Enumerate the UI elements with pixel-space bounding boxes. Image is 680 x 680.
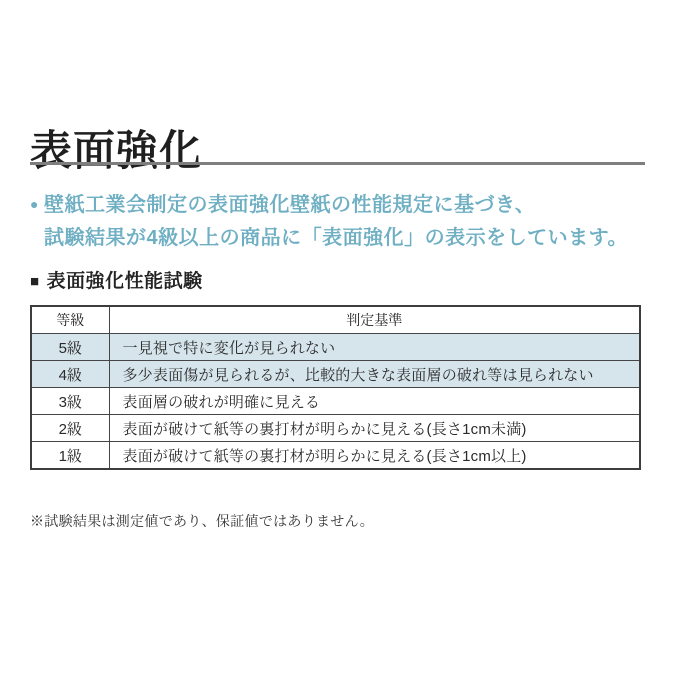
table-header-row: 等級 判定基準 — [31, 306, 640, 334]
page-title: 表面強化 — [30, 128, 202, 174]
section-heading: ■表面強化性能試験 — [30, 266, 203, 293]
table-row: 1級 表面が破けて紙等の裏打材が明らかに見える(長さ1cm以上) — [31, 442, 640, 470]
square-bullet-icon: ■ — [30, 273, 40, 290]
performance-test-table: 等級 判定基準 5級 一見視で特に変化が見られない 4級 多少表面傷が見られるが… — [30, 305, 641, 470]
section-heading-text: 表面強化性能試験 — [47, 271, 203, 292]
intro-line-1: ●壁紙工業会制定の表面強化壁紙の性能規定に基づき、 — [30, 188, 628, 222]
grade-cell: 3級 — [31, 388, 109, 415]
criteria-cell: 表面層の破れが明確に見える — [109, 388, 640, 415]
grade-cell: 4級 — [31, 361, 109, 388]
criteria-cell: 多少表面傷が見られるが、比較的大きな表面層の破れ等は見られない — [109, 361, 640, 388]
title-underline-rule — [30, 162, 645, 165]
grade-cell: 1級 — [31, 442, 109, 470]
intro-paragraph: ●壁紙工業会制定の表面強化壁紙の性能規定に基づき、 試験結果が4級以上の商品に「… — [30, 188, 628, 255]
intro-line-1-text: 壁紙工業会制定の表面強化壁紙の性能規定に基づき、 — [44, 194, 535, 216]
bullet-dot-icon: ● — [30, 188, 44, 221]
intro-line-2: 試験結果が4級以上の商品に「表面強化」の表示をしています。 — [44, 222, 628, 255]
table-row: 5級 一見視で特に変化が見られない — [31, 334, 640, 361]
grade-column-header: 等級 — [31, 306, 109, 334]
criteria-cell: 一見視で特に変化が見られない — [109, 334, 640, 361]
table-row: 2級 表面が破けて紙等の裏打材が明らかに見える(長さ1cm未満) — [31, 415, 640, 442]
grade-cell: 2級 — [31, 415, 109, 442]
disclaimer-footnote: ※試験結果は測定値であり、保証値ではありません。 — [30, 511, 374, 531]
criteria-column-header: 判定基準 — [109, 306, 640, 334]
criteria-cell: 表面が破けて紙等の裏打材が明らかに見える(長さ1cm未満) — [109, 415, 640, 442]
table-row: 3級 表面層の破れが明確に見える — [31, 388, 640, 415]
grade-cell: 5級 — [31, 334, 109, 361]
surface-reinforcement-info-page: 表面強化 ●壁紙工業会制定の表面強化壁紙の性能規定に基づき、 試験結果が4級以上… — [0, 0, 680, 680]
criteria-cell: 表面が破けて紙等の裏打材が明らかに見える(長さ1cm以上) — [109, 442, 640, 470]
table-row: 4級 多少表面傷が見られるが、比較的大きな表面層の破れ等は見られない — [31, 361, 640, 388]
